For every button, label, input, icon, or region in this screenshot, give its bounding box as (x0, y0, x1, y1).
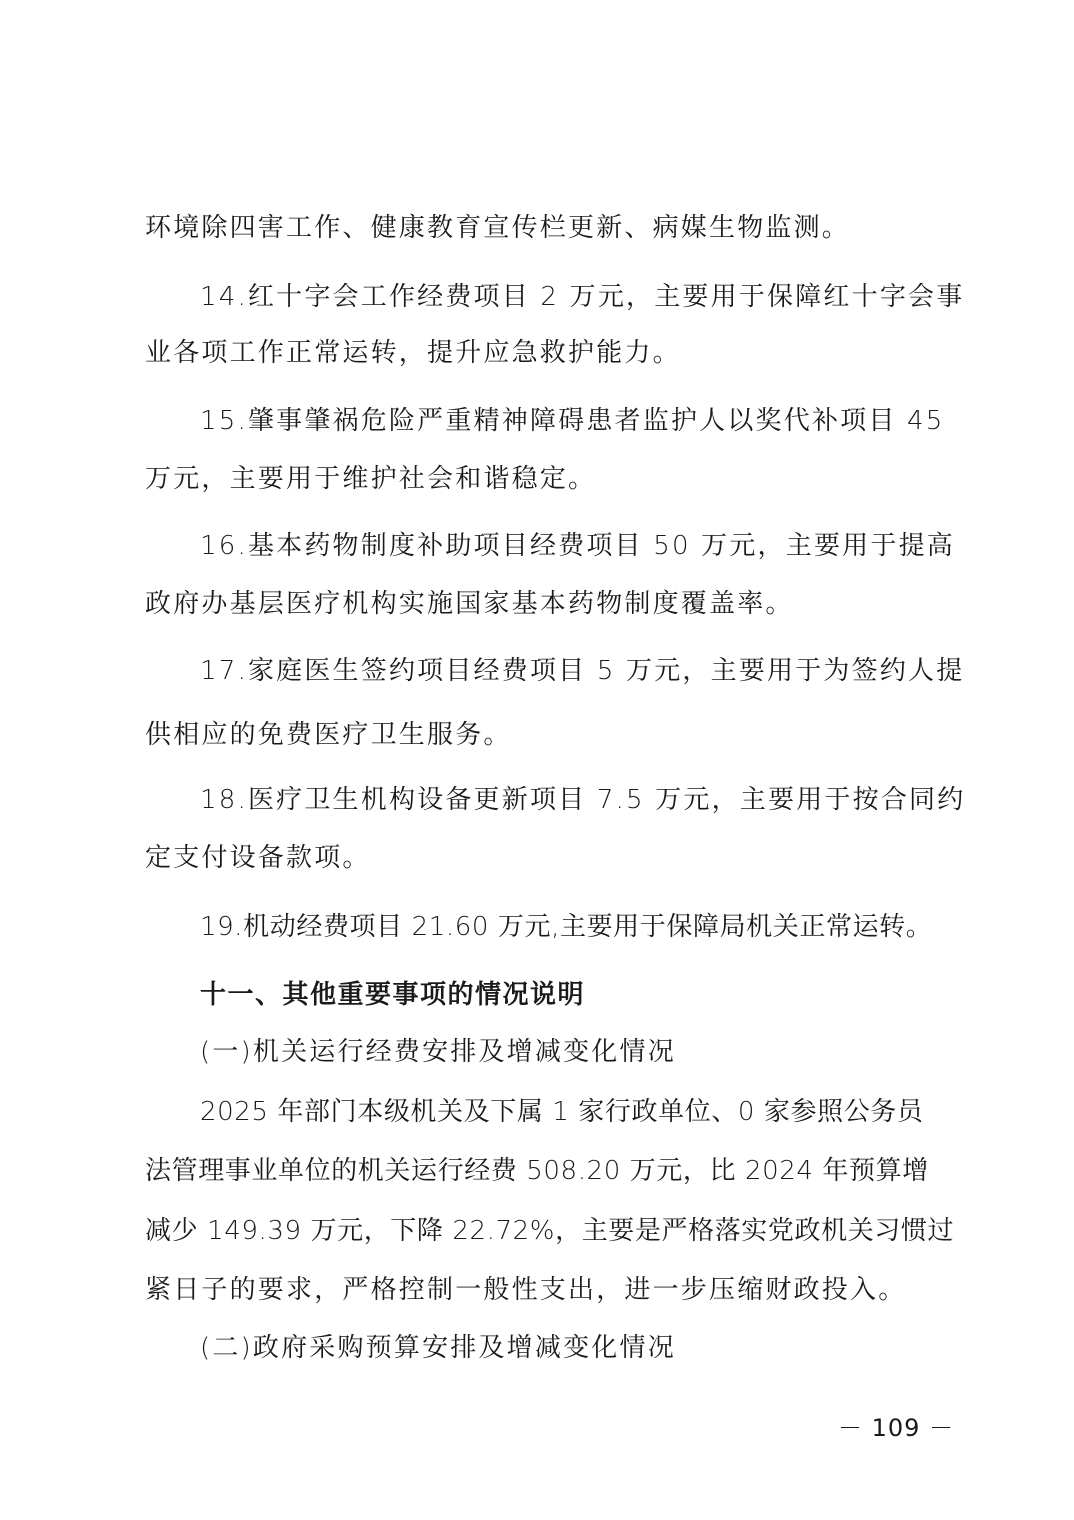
item-19-line-1: 19.机动经费项目 21.60 万元,主要用于保障局机关正常运转。 (200, 910, 945, 944)
item-17-line-1: 17.家庭医生签约项目经费项目 5 万元，主要用于为签约人提 (200, 654, 945, 688)
subsection-1-title: (一)机关运行经费安排及增减变化情况 (200, 1035, 945, 1069)
item-16-line-1: 16.基本药物制度补助项目经费项目 50 万元，主要用于提高 (200, 529, 945, 563)
subsection-2-title: (二)政府采购预算安排及增减变化情况 (200, 1331, 945, 1365)
item-18-line-1: 18.医疗卫生机构设备更新项目 7.5 万元，主要用于按合同约 (200, 783, 945, 817)
paragraph-line: 环境除四害工作、健康教育宣传栏更新、病媒生物监测。 (145, 211, 945, 245)
item-18-line-2: 定支付设备款项。 (145, 841, 945, 875)
subsection-1-line-3: 减少 149.39 万元，下降 22.72%，主要是严格落实党政机关习惯过 (145, 1214, 945, 1248)
subsection-1-line-4: 紧日子的要求，严格控制一般性支出，进一步压缩财政投入。 (145, 1273, 945, 1307)
item-17-line-2: 供相应的免费医疗卫生服务。 (145, 718, 945, 752)
item-15-line-2: 万元，主要用于维护社会和谐稳定。 (145, 462, 945, 496)
subsection-1-line-2: 法管理事业单位的机关运行经费 508.20 万元，比 2024 年预算增 (145, 1154, 945, 1188)
section-heading: 十一、其他重要事项的情况说明 (200, 978, 1000, 1012)
item-14-line-2: 业各项工作正常运转，提升应急救护能力。 (145, 336, 945, 370)
item-15-line-1: 15.肇事肇祸危险严重精神障碍患者监护人以奖代补项目 45 (200, 404, 945, 438)
item-14-line-1: 14.红十字会工作经费项目 2 万元，主要用于保障红十字会事 (200, 280, 945, 314)
subsection-1-line-1: 2025 年部门本级机关及下属 1 家行政单位、0 家参照公务员 (200, 1095, 945, 1129)
item-16-line-2: 政府办基层医疗机构实施国家基本药物制度覆盖率。 (145, 587, 945, 621)
page-number: － 109 － (838, 1412, 954, 1444)
document-page: 环境除四害工作、健康教育宣传栏更新、病媒生物监测。 14.红十字会工作经费项目 … (0, 0, 1074, 1520)
